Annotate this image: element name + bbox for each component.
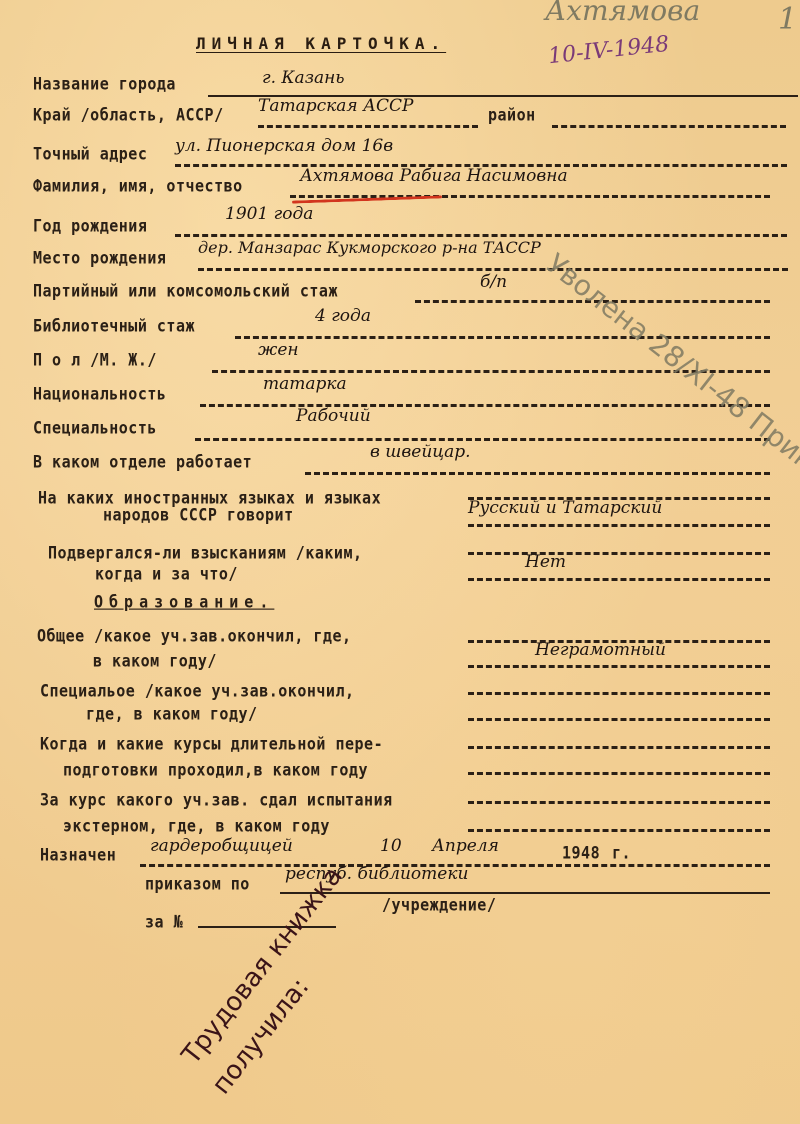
external-exam-label-line1: За курс какого уч.зав. сдал испытания <box>40 789 393 810</box>
special-edu-label-line1: Специальое /какое уч.зав.окончил, <box>40 680 355 701</box>
penalties-label-line1: Подвергался-ли взысканиям /каким, <box>48 542 363 563</box>
appointed-month[interactable]: Апреля <box>432 836 499 856</box>
general-edu-value[interactable]: Неграмотный <box>535 640 666 660</box>
languages-dashes-2 <box>468 524 770 527</box>
appointed-year-suffix: г. <box>612 842 631 863</box>
department-value[interactable]: в швейцар. <box>370 442 471 462</box>
special-edu-dashes-1[interactable] <box>468 692 770 695</box>
appointed-label: Назначен <box>40 844 116 865</box>
full-name-label: Фамилия, имя, отчество <box>33 175 243 196</box>
library-exp-dashes <box>235 336 770 339</box>
penalties-dashes-1 <box>468 552 770 555</box>
penalties-dashes-2 <box>468 578 770 581</box>
birth-year-dashes <box>175 234 787 237</box>
page-number: 1 <box>778 2 797 37</box>
general-edu-label-line2: в каком году/ <box>93 650 217 671</box>
sex-value[interactable]: жен <box>258 340 299 360</box>
courses-dashes-2[interactable] <box>468 772 770 775</box>
specialty-dashes <box>195 438 770 441</box>
city-value[interactable]: г. Казань <box>262 68 345 88</box>
nationality-label: Национальность <box>33 383 166 404</box>
library-exp-value[interactable]: 4 года <box>315 306 371 326</box>
birth-year-value[interactable]: 1901 года <box>225 204 313 224</box>
region-dashes <box>258 125 478 128</box>
birth-place-value[interactable]: дер. Манзарас Кукморского р-на ТАССР <box>198 238 541 257</box>
document-title: ЛИЧНАЯ КАРТОЧКА. <box>196 34 446 53</box>
sex-label: П о л /М. Ж./ <box>33 349 157 370</box>
district-label: район <box>488 104 536 125</box>
order-label: приказом по <box>145 873 250 894</box>
region-label: Край /область, АССР/ <box>33 104 224 125</box>
general-edu-label-line1: Общее /какое уч.зав.окончил, где, <box>37 625 352 646</box>
library-exp-label: Библиотечный стаж <box>33 315 195 336</box>
order-line <box>280 892 770 894</box>
languages-label-line2: народов СССР говорит <box>103 504 294 525</box>
city-label: Название города <box>33 73 176 94</box>
address-value[interactable]: ул. Пионерская дом 16в <box>175 136 393 156</box>
birth-place-label: Место рождения <box>33 247 166 268</box>
special-edu-label-line2: где, в каком году/ <box>86 703 258 724</box>
region-value[interactable]: Татарская АССР <box>258 96 413 116</box>
top-note-surname: Ахтямова <box>545 0 700 27</box>
full-name-value[interactable]: Ахтямова Рабига Насимовна <box>300 166 568 186</box>
nationality-dashes <box>200 404 770 407</box>
nationality-value[interactable]: татарка <box>263 374 347 394</box>
languages-value[interactable]: Русский и Татарский <box>468 498 662 518</box>
penalties-value[interactable]: Нет <box>525 552 566 572</box>
courses-dashes-1[interactable] <box>468 746 770 749</box>
external-exam-dashes-2[interactable] <box>468 829 770 832</box>
order-number-label: за № <box>145 911 183 932</box>
department-dashes <box>305 472 770 475</box>
order-caption: /учреждение/ <box>382 894 496 915</box>
birth-year-label: Год рождения <box>33 215 147 236</box>
specialty-value[interactable]: Рабочий <box>296 406 371 426</box>
appointed-day[interactable]: 10 <box>380 836 402 856</box>
district-dashes[interactable] <box>552 125 786 128</box>
external-exam-dashes-1[interactable] <box>468 801 770 804</box>
order-number-line[interactable] <box>198 926 336 928</box>
education-heading: Образование. <box>94 591 274 612</box>
penalties-label-line2: когда и за что/ <box>95 563 238 584</box>
special-edu-dashes-2[interactable] <box>468 718 770 721</box>
courses-label-line2: подготовки проходил,в каком году <box>63 759 368 780</box>
address-label: Точный адрес <box>33 143 147 164</box>
external-exam-label-line2: экстерном, где, в каком году <box>63 815 330 836</box>
courses-label-line1: Когда и какие курсы длительной пере- <box>40 733 383 754</box>
party-exp-value[interactable]: б/п <box>480 272 507 292</box>
birth-place-dashes <box>198 268 788 271</box>
appointed-position[interactable]: гардеробщицей <box>150 836 293 856</box>
department-label: В каком отделе работает <box>33 451 252 472</box>
specialty-label: Специальность <box>33 417 157 438</box>
appointed-year: 1948 <box>562 842 600 863</box>
party-exp-label: Партийный или комсомольский стаж <box>33 280 338 301</box>
general-edu-dashes-2 <box>468 665 770 668</box>
